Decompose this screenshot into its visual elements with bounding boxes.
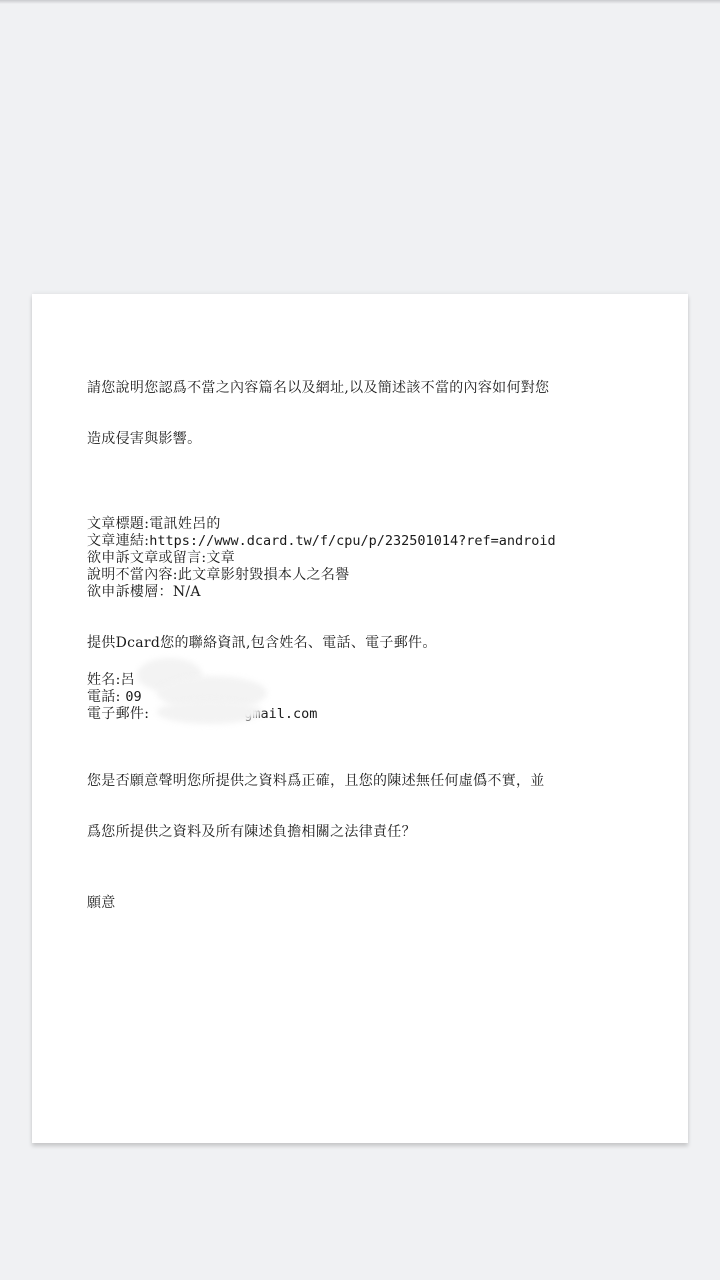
field-article-link: 文章連結:https://www.dcard.tw/f/cpu/p/232501… <box>87 533 627 550</box>
intro-question: 請您說明您認爲不當之內容篇名以及網址,以及簡述該不當的內容如何對您 造成侵害與影… <box>87 346 627 482</box>
contact-fields: 姓名:呂 電話: 09 電子郵件:gmail.com <box>87 672 627 723</box>
field-content-description: 說明不當內容:此文章影射毀損本人之名譽 <box>87 567 627 584</box>
report-fields: 文章標題:電訊姓呂的 文章連結:https://www.dcard.tw/f/c… <box>87 516 627 601</box>
intro-line: 造成侵害與影響。 <box>87 431 627 448</box>
article-url: https://www.dcard.tw/f/cpu/p/232501014?r… <box>149 533 555 549</box>
document-viewer[interactable]: 請您說明您認爲不當之內容篇名以及網址,以及簡述該不當的內容如何對您 造成侵害與影… <box>0 0 720 1280</box>
intro-line: 請您說明您認爲不當之內容篇名以及網址,以及簡述該不當的內容如何對您 <box>87 380 627 397</box>
document-page: 請您說明您認爲不當之內容篇名以及網址,以及簡述該不當的內容如何對您 造成侵害與影… <box>32 294 688 1143</box>
field-complaint-type: 欲申訴文章或留言:文章 <box>87 550 627 567</box>
contact-prompt: 提供Dcard您的聯絡資訊,包含姓名、電話、電子郵件。 <box>87 635 627 652</box>
field-article-title: 文章標題:電訊姓呂的 <box>87 516 627 533</box>
redaction-blur <box>157 700 262 724</box>
declaration-question: 您是否願意聲明您所提供之資料爲正確，且您的陳述無任何虛僞不實，並 爲您所提供之資… <box>87 739 627 875</box>
declaration-answer: 願意 <box>87 895 627 912</box>
page-content: 請您說明您認爲不當之內容篇名以及網址,以及簡述該不當的內容如何對您 造成侵害與影… <box>87 346 627 912</box>
top-bar-shadow <box>0 0 720 4</box>
field-floor: 欲申訴樓層：N/A <box>87 584 627 601</box>
